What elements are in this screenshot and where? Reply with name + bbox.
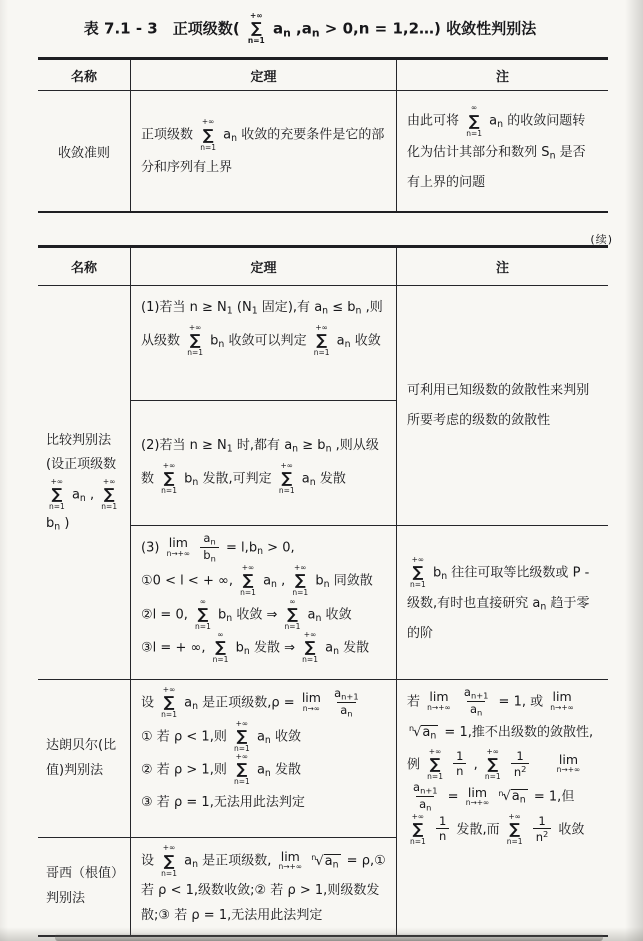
dalembert-case2: ② 若 ρ > 1,则 +∞∑n=1 an 发散 bbox=[141, 753, 386, 787]
cauchy-theorem-text: 设 +∞∑n=1 an 是正项级数, limn→+∞ n√an = ρ,① 若 … bbox=[141, 844, 386, 928]
dalembert-case1: ① 若 ρ < 1,则 +∞∑n=1 an 收敛 bbox=[141, 720, 386, 754]
cauchy-test-name: 哥西（根值）判别法 bbox=[46, 862, 124, 911]
theorem-comparison-case3: (3) limn→+∞ anbn = l,bn > 0, ①0 < l < + … bbox=[130, 526, 396, 680]
table-caption: 表 7.1 - 3 正项级数( +∞∑n=1 an ,an > 0,n = 1,… bbox=[10, 12, 610, 46]
theorem-comparison-case1: (1)若当 n ≥ N1 (N1 固定),有 an ≤ bn ,则从级数 +∞∑… bbox=[130, 286, 396, 401]
note-ratio-root-text: 若 limn→+∞ an+1an = 1, 或 limn→+∞ n√an = 1… bbox=[407, 686, 598, 846]
dalembert-test-name: 达朗贝尔(比值)判别法 bbox=[46, 734, 124, 783]
scanned-textbook-page: 表 7.1 - 3 正项级数( +∞∑n=1 an ,an > 0,n = 1,… bbox=[0, 0, 643, 941]
row-name-comparison-test: 比较判别法(设正项级数 +∞∑n=1 an , +∞∑n=1 bn ) bbox=[38, 286, 130, 680]
col-header-name: 名称 bbox=[38, 248, 130, 286]
comparison-case2-text: (2)若当 n ≥ N1 时,都有 an ≥ bn ,则从级数 +∞∑n=1 b… bbox=[141, 430, 386, 495]
comparison-case3-sub3: ③l = + ∞, ∞∑n=1 bn 发散 ⇒ +∞∑n=1 an 发散 bbox=[141, 631, 386, 665]
dalembert-case3: ③ 若 ρ = 1,无法用此法判定 bbox=[141, 787, 386, 819]
col-header-theorem: 定理 bbox=[130, 60, 396, 91]
row-name-criterion: 收敛准则 bbox=[38, 91, 130, 211]
comparison-case3-intro: (3) limn→+∞ anbn = l,bn > 0, bbox=[141, 532, 386, 564]
row-name-cauchy-test: 哥西（根值）判别法 bbox=[38, 838, 130, 935]
note-comparison-case12-text: 可利用已知级数的敛散性来判别所要考虑的级数的敛散性 bbox=[407, 376, 598, 436]
dalembert-intro: 设 +∞∑n=1 an 是正项级数,ρ = limn→∞ an+1an bbox=[141, 686, 386, 720]
scan-artifact bbox=[55, 933, 603, 941]
note-criterion: 由此可将 ∞∑n=1 an 的收敛问题转化为估计其部分和数列 Sn 是否有上界的… bbox=[396, 91, 608, 211]
comparison-test-name: 比较判别法(设正项级数 +∞∑n=1 an , +∞∑n=1 bn ) bbox=[46, 429, 124, 537]
theorem-dalembert: 设 +∞∑n=1 an 是正项级数,ρ = limn→∞ an+1an ① 若 … bbox=[130, 680, 396, 838]
comparison-case1-text: (1)若当 n ≥ N1 (N1 固定),有 an ≤ bn ,则从级数 +∞∑… bbox=[141, 292, 386, 357]
theorem-cauchy: 设 +∞∑n=1 an 是正项级数, limn→+∞ n√an = ρ,① 若 … bbox=[130, 838, 396, 935]
convergence-tests-table: 名称 定理 注 比较判别法(设正项级数 +∞∑n=1 an , +∞∑n=1 b… bbox=[38, 245, 608, 937]
comparison-case3-sub2: ②l = 0, ∞∑n=1 bn 收敛 ⇒ ∞∑n=1 an 收敛 bbox=[141, 598, 386, 632]
theorem-criterion: 正项级数 +∞∑n=1 an 收敛的充要条件是它的部分和序列有上界 bbox=[130, 91, 396, 211]
theorem-criterion-text: 正项级数 +∞∑n=1 an 收敛的充要条件是它的部分和序列有上界 bbox=[141, 118, 386, 183]
comparison-case3-sub1: ①0 < l < + ∞, +∞∑n=1 an , +∞∑n=1 bn 同敛散 bbox=[141, 564, 386, 598]
col-header-theorem: 定理 bbox=[130, 248, 396, 286]
note-comparison-case3-text: +∞∑n=1 bn 往往可取等比级数或 P - 级数,有时也直接研究 an 趋于… bbox=[407, 556, 598, 649]
note-criterion-text: 由此可将 ∞∑n=1 an 的收敛问题转化为估计其部分和数列 Sn 是否有上界的… bbox=[407, 104, 598, 197]
col-header-note: 注 bbox=[396, 60, 608, 91]
col-header-name: 名称 bbox=[38, 60, 130, 91]
row-name-dalembert-test: 达朗贝尔(比值)判别法 bbox=[38, 680, 130, 838]
col-header-note: 注 bbox=[396, 248, 608, 286]
note-ratio-root-tests: 若 limn→+∞ an+1an = 1, 或 limn→+∞ n√an = 1… bbox=[396, 680, 608, 935]
theorem-comparison-case2: (2)若当 n ≥ N1 时,都有 an ≥ bn ,则从级数 +∞∑n=1 b… bbox=[130, 401, 396, 526]
convergence-criterion-table: 名称 定理 注 收敛准则 正项级数 +∞∑n=1 an 收敛的充要条件是它的部分… bbox=[38, 57, 608, 213]
note-comparison-case12: 可利用已知级数的敛散性来判别所要考虑的级数的敛散性 bbox=[396, 286, 608, 526]
note-comparison-case3: +∞∑n=1 bn 往往可取等比级数或 P - 级数,有时也直接研究 an 趋于… bbox=[396, 526, 608, 680]
